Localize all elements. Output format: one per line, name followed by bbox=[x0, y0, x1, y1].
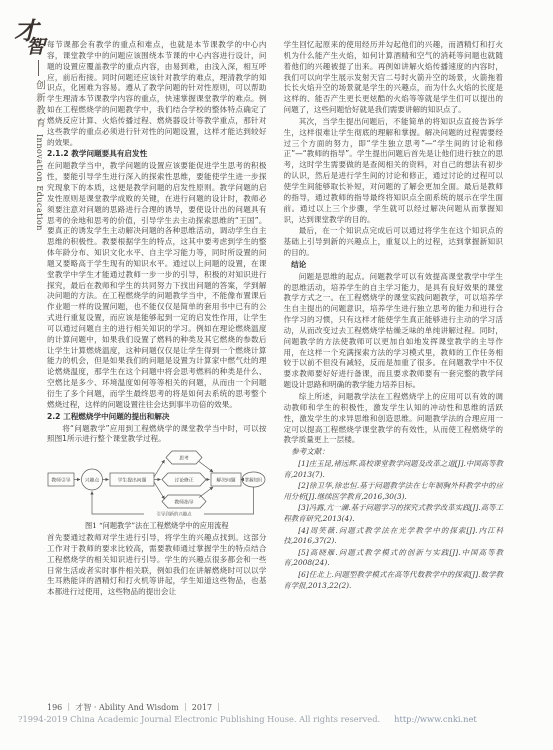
journal-sidebar: 才 智 创新教育 Innovation Education bbox=[12, 20, 52, 270]
flow-label-guide: 教师指导 bbox=[174, 499, 193, 506]
paragraph: 其次，当学生提出问题后，不能简单的将知识点直接告诉学生，这样很难让学生彻底的理解… bbox=[284, 117, 504, 225]
flow-arrow bbox=[154, 482, 165, 499]
reference-item: [2]徐卫华,徐忠恒.基于问题教学法在七年制胸外科教学中的应用分析[J].继续医… bbox=[284, 481, 504, 502]
copyright-row: ?1994-2019 China Academic Journal Electr… bbox=[18, 714, 478, 724]
section-heading-22: 2.2 工程燃烧学中问题的提出和解决 bbox=[47, 412, 267, 423]
flow-label-interest: 兴趣点 bbox=[85, 477, 100, 484]
flow-arrow bbox=[199, 462, 213, 473]
sidebar-divider bbox=[38, 60, 39, 76]
paragraph: 最后，在一个知识点完成后可以通过将学生在这个知识点的基础上引导到新的兴趣点上，重… bbox=[284, 226, 504, 259]
paragraph: 首先要通过教师对学生进行引导，将学生的兴趣点找到。这部分工作对于教师的要求比较高… bbox=[47, 533, 267, 598]
article-body: 每节课都会有教学的重点和难点，也就是本节课教学的中心内容，课堂教学中的问题应该围… bbox=[47, 40, 503, 599]
flow-label-think: 思考 bbox=[179, 455, 189, 462]
right-column: 学生回忆起原来的使用经历并勾起他们的兴趣，而酒精灯和打火机为什么能产生火焰，如何… bbox=[284, 40, 504, 599]
paragraph: 每节课都会有教学的重点和难点，也就是本节课教学的中心内容，课堂教学中的问题应该围… bbox=[47, 40, 267, 148]
references-heading: 参考文献： bbox=[284, 447, 504, 458]
paragraph: 综上所述，问题教学法在工程燃烧学上的应用可以有效的调动教师和学生的积极性，激发学… bbox=[284, 392, 504, 446]
paragraph: 问题是思维的起点。问题教学可以有效提高课堂教学中学生的思维活动，培养学生的自主学… bbox=[284, 272, 504, 391]
copyright-text: ?1994-2019 China Academic Journal Electr… bbox=[18, 714, 380, 724]
page-number-line: 196 ｜ 才智 · Ability And Wisdom ｜ 2017 ｜ bbox=[47, 702, 223, 713]
flow-label-solve: 解决问题 bbox=[216, 477, 235, 484]
flow-label-teacher-lead: 教师引导 bbox=[51, 477, 70, 484]
figure-1-flowchart: 教师引导 兴趣点 学生提出问题 思考 讨论修正 教师指导 解决问题 掌握知识 引… bbox=[47, 448, 267, 520]
flow-arrow bbox=[154, 460, 165, 477]
flow-label-discuss: 讨论修正 bbox=[174, 477, 193, 484]
flow-label-propose: 学生提出问题 bbox=[118, 477, 147, 484]
reference-item: [1]庄玉昆,褚远辉.高校课堂教学问题及改革之道[J].中国高等教育,2013(… bbox=[284, 459, 504, 480]
section-heading-212: 2.1.2 教学问题要具有启发性 bbox=[47, 149, 267, 160]
reference-item: [3]冯露,亢一澜.基于问题学习的探究式教学改革实践[J].高等工程教育研究,2… bbox=[284, 503, 504, 524]
left-column: 每节课都会有教学的重点和难点，也就是本节课教学的中心内容，课堂教学中的问题应该围… bbox=[47, 40, 267, 599]
reference-item: [6]任北上.问题型教学模式在高等代数教学中的探索[J].数学教育学报,2013… bbox=[284, 570, 504, 591]
paragraph: 将“问题教学”应用到工程燃烧学的课堂教学当中时，可以按照图1所示进行整个课堂教学… bbox=[47, 424, 267, 446]
paragraph: 学生回忆起原来的使用经历并勾起他们的兴趣，而酒精灯和打火机为什么能产生火焰，如何… bbox=[284, 40, 504, 116]
reference-item: [4]周笑薇.问题式教学法在光学教学中的探索[J].内江科技,2016,37(2… bbox=[284, 526, 504, 547]
figure-caption: 图1 “问题教学”法在工程燃烧学中的应用流程 bbox=[47, 521, 267, 532]
sidebar-section-title-en: Innovation Education bbox=[35, 134, 44, 231]
flowchart-svg: 教师引导 兴趣点 学生提出问题 思考 讨论修正 教师指导 解决问题 掌握知识 引… bbox=[47, 448, 266, 520]
journal-logo: 才 智 bbox=[12, 20, 52, 56]
reference-item: [5]高晓雁.问题式教学模式的创新与实践[J].中国高等教育,2008(24). bbox=[284, 548, 504, 569]
journal-page: 才 智 创新教育 Innovation Education 每节课都会有教学的重… bbox=[0, 0, 553, 750]
flow-arrow bbox=[199, 487, 213, 498]
sidebar-section-title-cn: 创新教育 bbox=[32, 80, 46, 130]
conclusion-heading: 结论 bbox=[284, 260, 504, 271]
flow-feedback-label: 引导到新的兴趣点 bbox=[156, 511, 192, 518]
paragraph: 在问题教学当中，教学问题的设置应该要能促进学生思考的积极性，要能引导学生进行深入… bbox=[47, 161, 267, 410]
flow-label-master: 掌握知识 bbox=[245, 477, 263, 484]
cnki-url-link[interactable]: http://www.cnki.net bbox=[394, 714, 477, 724]
